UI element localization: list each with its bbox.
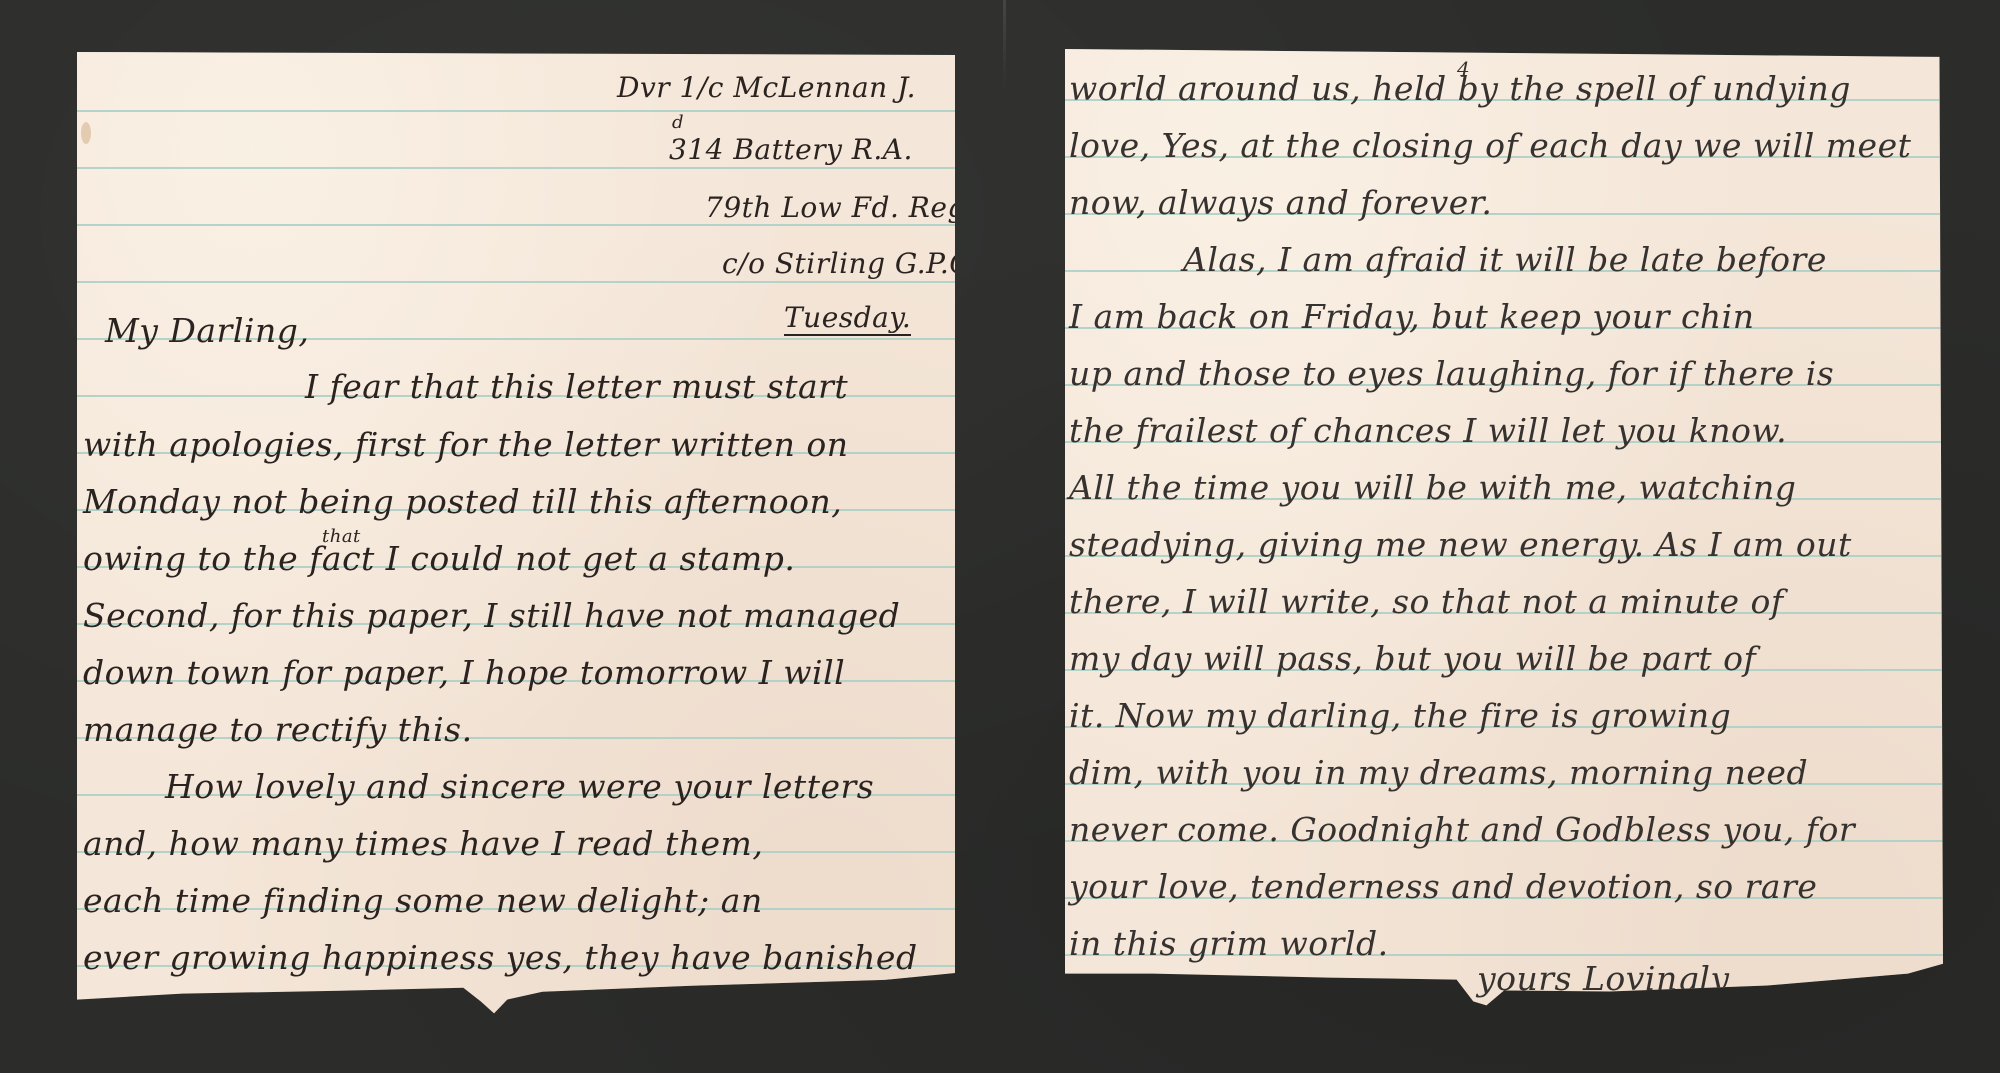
letter-page-left: Dvr 1/c McLennan J. d 314 Battery R.A. 7… (77, 52, 955, 1037)
letter-line: How lovely and sincere were your letters (165, 770, 874, 803)
paper-stain (81, 122, 91, 144)
letter-line: world around us, held by the spell of un… (1069, 72, 1851, 105)
letter-line: your love, tenderness and devotion, so r… (1069, 870, 1817, 903)
letter-line: dim, with you in my dreams, morning need (1069, 756, 1808, 789)
letter-line: love, Yes, at the closing of each day we… (1069, 129, 1911, 162)
letter-line: owing to the fact I could not get a stam… (83, 542, 795, 575)
letter-line: steadying, giving me new energy. As I am… (1069, 528, 1852, 561)
letter-line: the frailest of chances I will let you k… (1069, 414, 1787, 447)
letter-line: Monday not being posted till this aftern… (83, 485, 842, 518)
letter-page-right: 4 world around us, held by the spell of … (1065, 47, 1943, 1037)
address-line-3: 79th Low Fd. Reg. R.A (705, 194, 955, 222)
address-correction-mark: d (672, 114, 684, 132)
address-line-2: 314 Battery R.A. (669, 136, 913, 164)
letter-line: down town for paper, I hope tomorrow I w… (83, 656, 845, 689)
letter-line: there, I will write, so that not a minut… (1069, 585, 1784, 618)
letter-line: Alas, I am afraid it will be late before (1183, 243, 1827, 276)
ruled-line (77, 281, 955, 283)
closing: yours Lovingly (1477, 962, 1730, 995)
address-line-1: Dvr 1/c McLennan J. (617, 74, 916, 102)
letter-line: in this grim world. (1069, 927, 1389, 960)
letter-line: each time finding some new delight; an (83, 884, 763, 917)
letter-line: ever growing happiness yes, they have ba… (83, 941, 918, 974)
ruled-line (77, 110, 955, 112)
letter-line: my day will pass, but you will be part o… (1069, 642, 1756, 675)
letter-line: never come. Goodnight and Godbless you, … (1069, 813, 1855, 846)
letter-line: and, how many times have I read them, (83, 827, 763, 860)
ruled-line (77, 167, 955, 169)
salutation: My Darling, (105, 314, 309, 347)
letter-line: manage to rectify this. (83, 713, 473, 746)
letter-line: with apologies, first for the letter wri… (83, 428, 849, 461)
letter-line: All the time you will be with me, watchi… (1069, 471, 1796, 504)
letter-day: Tuesday. (784, 304, 911, 336)
letter-line: now, always and forever. (1069, 186, 1492, 219)
letter-line: up and those to eyes laughing, for if th… (1069, 357, 1834, 390)
signature: Ian. (1605, 1002, 1662, 1030)
letter-line: it. Now my darling, the fire is growing (1069, 699, 1731, 732)
letter-line: Second, for this paper, I still have not… (83, 599, 900, 632)
letter-line: I fear that this letter must start (305, 370, 848, 403)
address-line-4: c/o Stirling G.P.O. (722, 250, 955, 278)
backing-fold (1003, 0, 1006, 90)
letter-line: I am back on Friday, but keep your chin (1069, 300, 1755, 333)
ruled-line (77, 224, 955, 226)
